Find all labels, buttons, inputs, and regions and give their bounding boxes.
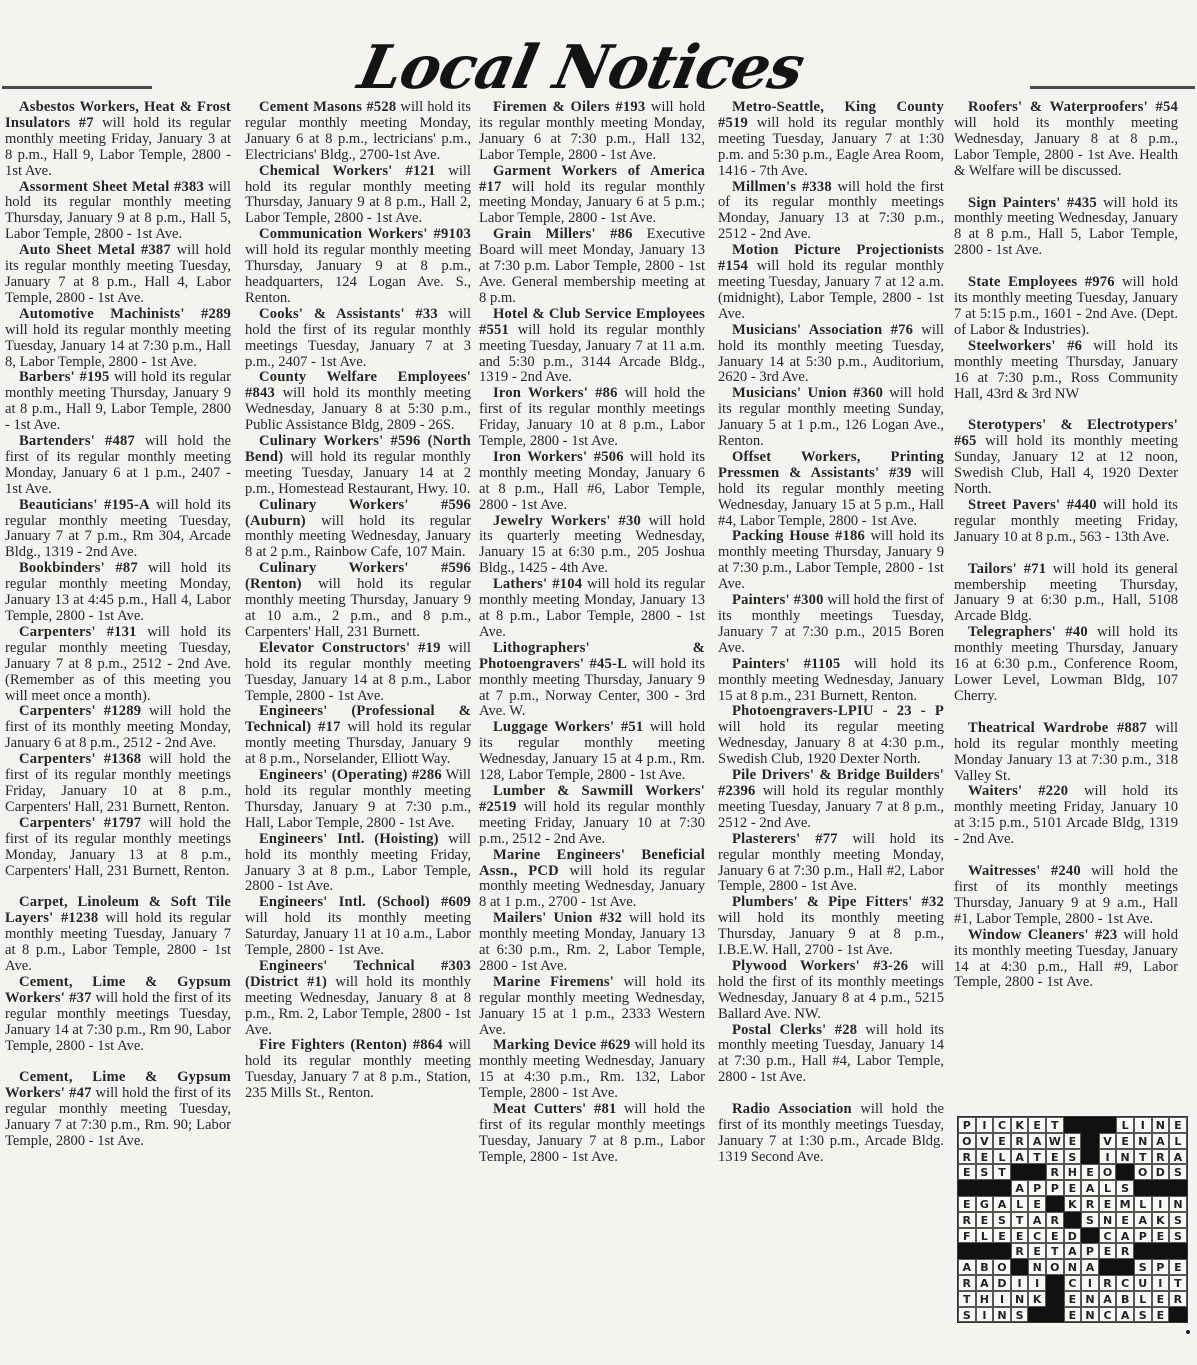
notice-details: will hold its monthly meeting Wednesday,… [245, 385, 471, 433]
crossword-black-square [1169, 1243, 1187, 1259]
notice-item: Carpenters' #1368 will hold the first of… [5, 752, 231, 816]
crossword-letter-cell: N [1011, 1291, 1029, 1307]
crossword-letter-cell: S [1116, 1180, 1134, 1196]
crossword-letter-cell: N [1064, 1259, 1082, 1275]
notice-item: Automotive Machinists' #289 will hold it… [5, 307, 231, 371]
notice-organization: State Employees #976 [968, 274, 1115, 290]
crossword-black-square [1011, 1164, 1029, 1180]
crossword-black-square [1099, 1117, 1117, 1133]
crossword-letter-cell: N [1152, 1117, 1170, 1133]
notice-organization: Carpenters' #131 [19, 624, 137, 640]
notice-item: Sign Painters' #435 will hold its monthl… [954, 196, 1178, 260]
notice-item: Packing House #186 will hold its monthly… [718, 529, 944, 593]
crossword-black-square [1134, 1243, 1152, 1259]
crossword-letter-cell: L [1134, 1196, 1152, 1212]
crossword-letter-cell: C [1116, 1275, 1134, 1291]
notice-organization: Cooks' & Assistants' #33 [259, 306, 438, 322]
notice-item: Telegraphers' #40 will hold its monthly … [954, 625, 1178, 705]
crossword-black-square [976, 1243, 994, 1259]
crossword-letter-cell: L [1116, 1117, 1134, 1133]
crossword-letter-cell: H [976, 1291, 994, 1307]
notice-details: will hold its regular monthly meeting Tu… [479, 322, 705, 386]
crossword-letter-cell: N [1081, 1307, 1099, 1323]
crossword-black-square [1046, 1196, 1064, 1212]
notice-item: Firemen & Oilers #193 will hold its regu… [479, 100, 705, 164]
crossword-letter-cell: R [1046, 1164, 1064, 1180]
crossword-letter-cell: P [1134, 1228, 1152, 1244]
crossword-letter-cell: C [993, 1117, 1011, 1133]
notice-item: Tailors' #71 will hold its general membe… [954, 562, 1178, 626]
crossword-letter-cell: I [1081, 1275, 1099, 1291]
notice-organization: Postal Clerks' #28 [732, 1022, 857, 1038]
crossword-letter-cell: R [958, 1275, 976, 1291]
column-3: Firemen & Oilers #193 will hold its regu… [479, 100, 705, 1166]
notice-item: Barbers' #195 will hold its regular mont… [5, 370, 231, 434]
crossword-letter-cell: L [993, 1149, 1011, 1165]
notice-item: County Welfare Employees' #843 will hold… [245, 370, 471, 434]
notice-organization: Luggage Workers' #51 [493, 719, 643, 735]
notice-organization: Marine Firemens' [493, 974, 614, 990]
crossword-letter-cell: E [958, 1164, 976, 1180]
notice-organization: Waitresses' #240 [968, 863, 1081, 879]
notice-item: Lumber & Sawmill Workers' #2519 will hol… [479, 784, 705, 848]
notice-organization: Painters' #300 [732, 592, 824, 608]
crossword-letter-cell: A [1099, 1291, 1117, 1307]
notice-organization: Beauticians' #195-A [19, 497, 150, 513]
notice-organization: Street Pavers' #440 [968, 497, 1097, 513]
notice-organization: Iron Workers' #86 [493, 385, 618, 401]
crossword-letter-cell: A [1116, 1228, 1134, 1244]
crossword-letter-cell: R [1099, 1275, 1117, 1291]
crossword-letter-cell: C [1064, 1275, 1082, 1291]
notice-organization: Carpenters' #1368 [19, 751, 141, 767]
header-rule-left [2, 86, 152, 89]
crossword-letter-cell: P [958, 1117, 976, 1133]
notice-item: Bookbinders' #87 will hold its regular m… [5, 561, 231, 625]
crossword-letter-cell: E [1064, 1291, 1082, 1307]
crossword-black-square [1169, 1180, 1187, 1196]
crossword-letter-cell: N [1028, 1259, 1046, 1275]
crossword-letter-cell: I [976, 1307, 994, 1323]
crossword-letter-cell: P [1046, 1180, 1064, 1196]
notice-organization: Engineers' Intl. (School) #609 [259, 894, 471, 910]
notice-item: Fire Fighters (Renton) #864 will hold it… [245, 1038, 471, 1102]
crossword-letter-cell: A [1116, 1307, 1134, 1323]
notice-organization: Tailors' #71 [968, 561, 1046, 577]
crossword-black-square [1169, 1307, 1187, 1323]
notice-item: Plywood Workers' #3-26 will hold the fir… [718, 959, 944, 1023]
notice-item: Carpet, Linoleum & Soft Tile Layers' #12… [5, 895, 231, 975]
crossword-letter-cell: K [1028, 1291, 1046, 1307]
crossword-letter-cell: S [1169, 1212, 1187, 1228]
notice-details: will hold its monthly meeting Thursday, … [718, 910, 944, 958]
notice-organization: Plasterers' #77 [732, 831, 838, 847]
newspaper-page: Local Notices Asbestos Workers, Heat & F… [0, 0, 1197, 1365]
crossword-black-square [1116, 1164, 1134, 1180]
notice-organization: Meat Cutters' #81 [493, 1101, 616, 1117]
crossword-letter-cell: C [1099, 1228, 1117, 1244]
notice-item: Cement, Lime & Gypsum Workers' #37 will … [5, 975, 231, 1055]
notice-organization: Roofers' & Waterproofers' #54 [968, 99, 1178, 115]
crossword-letter-cell: E [1099, 1196, 1117, 1212]
crossword-letter-cell: E [976, 1212, 994, 1228]
notice-item: Engineers' Intl. (School) #609 will hold… [245, 895, 471, 959]
notice-item: Jewelry Workers' #30 will hold its quart… [479, 514, 705, 578]
crossword-letter-cell: U [1134, 1275, 1152, 1291]
crossword-black-square [993, 1180, 1011, 1196]
notice-organization: Plywood Workers' #3-26 [732, 958, 908, 974]
notice-organization: Radio Association [732, 1101, 852, 1117]
crossword-black-square [1064, 1212, 1082, 1228]
crossword-letter-cell: D [993, 1275, 1011, 1291]
crossword-letter-cell: T [1134, 1149, 1152, 1165]
crossword-black-square [993, 1243, 1011, 1259]
crossword-letter-cell: N [1081, 1291, 1099, 1307]
crossword-letter-cell: T [1028, 1149, 1046, 1165]
notice-organization: Automotive Machinists' #289 [19, 306, 231, 322]
notice-item: Street Pavers' #440 will hold its regula… [954, 498, 1178, 546]
crossword-letter-cell: I [1134, 1117, 1152, 1133]
notice-details: will hold its regular meeting Wednesday,… [718, 719, 944, 767]
notice-item: Chemical Workers' #121 will hold its reg… [245, 164, 471, 228]
crossword-letter-cell: E [1116, 1212, 1134, 1228]
crossword-black-square [958, 1180, 976, 1196]
notice-item: Culinary Workers' #596 (Renton) will hol… [245, 561, 471, 641]
crossword-letter-cell: R [1169, 1291, 1187, 1307]
crossword-letter-cell: S [958, 1307, 976, 1323]
notice-organization: Fire Fighters (Renton) #864 [259, 1037, 443, 1053]
crossword-letter-cell: A [1169, 1149, 1187, 1165]
notice-item: Steelworkers' #6 will hold its monthly m… [954, 339, 1178, 403]
crossword-letter-cell: S [1169, 1228, 1187, 1244]
crossword-letter-cell: I [1099, 1149, 1117, 1165]
notice-item: Asbestos Workers, Heat & Frost Insulator… [5, 100, 231, 180]
crossword-letter-cell: E [1028, 1117, 1046, 1133]
crossword-black-square [1099, 1259, 1117, 1275]
crossword-letter-cell: S [1134, 1307, 1152, 1323]
notice-item: Mailers' Union #32 will hold its monthly… [479, 911, 705, 975]
crossword-letter-cell: E [1046, 1228, 1064, 1244]
crossword-black-square [1081, 1149, 1099, 1165]
crossword-letter-cell: L [1169, 1133, 1187, 1149]
crossword-black-square [1064, 1117, 1082, 1133]
crossword-letter-cell: I [1011, 1275, 1029, 1291]
notice-organization: Barbers' #195 [19, 369, 110, 385]
notice-organization: Jewelry Workers' #30 [493, 513, 641, 529]
crossword-letter-cell: R [1046, 1212, 1064, 1228]
notice-item: Painters' #300 will hold the first of it… [718, 593, 944, 657]
column-5: Roofers' & Waterproofers' #54 will hold … [954, 100, 1178, 991]
notice-organization: Assorment Sheet Metal #383 [19, 179, 204, 195]
notice-item: Grain Millers' #86 Executive Board will … [479, 227, 705, 307]
crossword-letter-cell: K [1011, 1117, 1029, 1133]
notice-item: Engineers' Technical #303 (District #1) … [245, 959, 471, 1039]
notice-item: Waiters' #220 will hold its monthly meet… [954, 784, 1178, 848]
notice-item: Carpenters' #1289 will hold the first of… [5, 704, 231, 752]
crossword-letter-cell: I [976, 1117, 994, 1133]
notice-item: State Employees #976 will hold its month… [954, 275, 1178, 339]
notice-organization: Telegraphers' #40 [968, 624, 1088, 640]
notice-item: Cement, Lime & Gypsum Workers' #47 will … [5, 1070, 231, 1150]
notice-organization: Photoengravers-LPIU - 23 - P [732, 703, 944, 719]
crossword-letter-cell: I [1028, 1275, 1046, 1291]
notice-item: Marine Firemens' will hold its regular m… [479, 975, 705, 1039]
notice-details: will hold its monthly meeting Sunday, Ja… [954, 433, 1178, 497]
notice-organization: Communication Workers' #9103 [259, 226, 471, 242]
crossword-letter-cell: E [1169, 1259, 1187, 1275]
notice-item: Engineers' (Professional & Technical) #1… [245, 704, 471, 768]
crossword-letter-cell: E [993, 1133, 1011, 1149]
crossword-letter-cell: S [1011, 1307, 1029, 1323]
crossword-letter-cell: C [1099, 1307, 1117, 1323]
crossword-letter-cell: D [1064, 1228, 1082, 1244]
notice-organization: Marking Device #629 [493, 1037, 630, 1053]
crossword-letter-cell: S [1064, 1149, 1082, 1165]
notice-item: Metro-Seattle, King County #519 will hol… [718, 100, 944, 180]
notice-item: Marking Device #629 will hold its monthl… [479, 1038, 705, 1102]
crossword-letter-cell: O [993, 1259, 1011, 1275]
notice-details: will hold its regular monthly meeting Tu… [5, 322, 231, 370]
crossword-letter-cell: L [1011, 1196, 1029, 1212]
notice-item: Culinary Workers' #596 (Auburn) will hol… [245, 498, 471, 562]
crossword-letter-cell: V [1099, 1133, 1117, 1149]
crossword-black-square [976, 1180, 994, 1196]
crossword-black-square [1081, 1133, 1099, 1149]
notice-organization: Bookbinders' #87 [19, 560, 138, 576]
notice-details: will hold its monthly meeting Saturday, … [245, 910, 471, 958]
crossword-letter-cell: T [1046, 1243, 1064, 1259]
crossword-letter-cell: E [976, 1149, 994, 1165]
crossword-letter-cell: R [1081, 1196, 1099, 1212]
crossword-letter-cell: R [958, 1212, 976, 1228]
crossword-letter-cell: O [1134, 1164, 1152, 1180]
notice-item: Carpenters' #131 will hold its regular m… [5, 625, 231, 705]
notice-organization: Sign Painters' #435 [968, 195, 1097, 211]
crossword-letter-cell: W [1046, 1133, 1064, 1149]
crossword-letter-cell: A [976, 1275, 994, 1291]
crossword-black-square [1046, 1275, 1064, 1291]
crossword-letter-cell: N [1099, 1212, 1117, 1228]
crossword-black-square [1011, 1259, 1029, 1275]
crossword-letter-cell: E [1116, 1133, 1134, 1149]
crossword-black-square [1081, 1228, 1099, 1244]
printer-dot [1186, 1330, 1190, 1334]
notice-item: Radio Association will hold the first of… [718, 1102, 944, 1166]
notice-item: Meat Cutters' #81 will hold the first of… [479, 1102, 705, 1166]
crossword-letter-cell: E [1028, 1196, 1046, 1212]
notice-organization: Offset Workers, Printing Pressmen & Assi… [718, 449, 944, 481]
crossword-black-square [1028, 1164, 1046, 1180]
crossword-letter-cell: E [1064, 1307, 1082, 1323]
crossword-letter-cell: E [1152, 1307, 1170, 1323]
notice-organization: Auto Sheet Metal #387 [19, 242, 171, 258]
crossword-puzzle-solution: PICKETLINEOVERAWEVENALRELATESINTRAESTRHE… [957, 1116, 1188, 1323]
crossword-letter-cell: O [958, 1133, 976, 1149]
column-4: Metro-Seattle, King County #519 will hol… [718, 100, 944, 1166]
notice-organization: Packing House #186 [732, 528, 865, 544]
crossword-letter-cell: K [1152, 1212, 1170, 1228]
notice-organization: Musicians' Association #76 [732, 322, 913, 338]
crossword-black-square [1152, 1243, 1170, 1259]
crossword-letter-cell: E [993, 1228, 1011, 1244]
notice-organization: Plumbers' & Pipe Fitters' #32 [732, 894, 944, 910]
notice-item: Luggage Workers' #51 will hold its regul… [479, 720, 705, 784]
notice-organization: Mailers' Union #32 [493, 910, 622, 926]
crossword-letter-cell: A [1081, 1180, 1099, 1196]
crossword-black-square [1152, 1180, 1170, 1196]
notice-details: will hold its regular monthly meeting Tu… [718, 258, 944, 322]
notice-organization: Waiters' #220 [968, 783, 1068, 799]
crossword-letter-cell: A [1152, 1133, 1170, 1149]
crossword-letter-cell: L [1099, 1180, 1117, 1196]
crossword-black-square [1046, 1307, 1064, 1323]
crossword-letter-cell: O [1046, 1259, 1064, 1275]
notice-item: Marine Engineers' Beneficial Assn., PCD … [479, 848, 705, 912]
masthead: Local Notices [0, 20, 1197, 110]
notice-organization: Lathers' #104 [493, 576, 582, 592]
crossword-letter-cell: E [1046, 1149, 1064, 1165]
crossword-letter-cell: H [1064, 1164, 1082, 1180]
crossword-letter-cell: T [1011, 1212, 1029, 1228]
notice-item: Musicians' Association #76 will hold its… [718, 323, 944, 387]
crossword-letter-cell: S [1134, 1259, 1152, 1275]
crossword-letter-cell: D [1152, 1164, 1170, 1180]
notice-item: Lithographers' & Photoengravers' #45-L w… [479, 641, 705, 721]
crossword-letter-cell: E [1152, 1291, 1170, 1307]
notice-item: Engineers' (Operating) #286 Will hold it… [245, 768, 471, 832]
notice-item: Painters' #1105 will hold its monthly me… [718, 657, 944, 705]
crossword-letter-cell: E [1064, 1133, 1082, 1149]
notice-item: Plumbers' & Pipe Fitters' #32 will hold … [718, 895, 944, 959]
notice-details: will hold its regular monthly meeting Tu… [718, 115, 944, 179]
crossword-letter-cell: B [976, 1259, 994, 1275]
notice-organization: Cement Masons #528 [259, 99, 396, 115]
notice-organization: Musicians' Union #360 [732, 385, 883, 401]
notice-organization: Engineers' Intl. (Hoisting) [259, 831, 439, 847]
notice-organization: Firemen & Oilers #193 [493, 99, 645, 115]
crossword-letter-cell: S [993, 1212, 1011, 1228]
notice-item: Motion Picture Projectionists #154 will … [718, 243, 944, 323]
notice-item: Window Cleaners' #23 will hold its month… [954, 928, 1178, 992]
crossword-letter-cell: E [1064, 1180, 1082, 1196]
crossword-letter-cell: A [1011, 1180, 1029, 1196]
crossword-letter-cell: S [976, 1164, 994, 1180]
notice-organization: Carpenters' #1797 [19, 815, 141, 831]
crossword-letter-cell: R [1152, 1149, 1170, 1165]
notice-item: Assorment Sheet Metal #383 will hold its… [5, 180, 231, 244]
crossword-black-square [1081, 1117, 1099, 1133]
crossword-letter-cell: V [976, 1133, 994, 1149]
crossword-letter-cell: N [993, 1307, 1011, 1323]
notice-item: Cement Masons #528 will hold its regular… [245, 100, 471, 164]
crossword-letter-cell: S [1081, 1212, 1099, 1228]
crossword-black-square [958, 1243, 976, 1259]
crossword-letter-cell: F [958, 1228, 976, 1244]
notice-organization: Grain Millers' #86 [493, 226, 633, 242]
column-2: Cement Masons #528 will hold its regular… [245, 100, 471, 1102]
crossword-letter-cell: S [1169, 1164, 1187, 1180]
crossword-letter-cell: A [1028, 1133, 1046, 1149]
notice-item: Offset Workers, Printing Pressmen & Assi… [718, 450, 944, 530]
crossword-letter-cell: A [993, 1196, 1011, 1212]
crossword-letter-cell: K [1064, 1196, 1082, 1212]
notice-item: Communication Workers' #9103 will hold i… [245, 227, 471, 307]
crossword-letter-cell: R [1116, 1243, 1134, 1259]
crossword-letter-cell: R [1011, 1243, 1029, 1259]
notice-item: Bartenders' #487 will hold the first of … [5, 434, 231, 498]
notice-organization: Iron Workers' #506 [493, 449, 624, 465]
crossword-letter-cell: E [1028, 1243, 1046, 1259]
notice-organization: Bartenders' #487 [19, 433, 135, 449]
crossword-letter-cell: N [1134, 1133, 1152, 1149]
notice-item: Iron Workers' #86 will hold the first of… [479, 386, 705, 450]
crossword-letter-cell: T [1169, 1275, 1187, 1291]
notice-item: Theatrical Wardrobe #887 will hold its r… [954, 721, 1178, 785]
notice-organization: Elevator Constructors' #19 [259, 640, 441, 656]
crossword-letter-cell: G [976, 1196, 994, 1212]
crossword-letter-cell: P [1028, 1180, 1046, 1196]
crossword-letter-cell: A [1081, 1259, 1099, 1275]
crossword-letter-cell: E [1152, 1228, 1170, 1244]
crossword-letter-cell: N [1169, 1196, 1187, 1212]
notice-item: Waitresses' #240 will hold the first of … [954, 864, 1178, 928]
crossword-letter-cell: E [1011, 1228, 1029, 1244]
crossword-letter-cell: R [1011, 1133, 1029, 1149]
crossword-letter-cell: A [1134, 1212, 1152, 1228]
column-1: Asbestos Workers, Heat & Frost Insulator… [5, 100, 231, 1150]
crossword-letter-cell: P [1081, 1243, 1099, 1259]
notice-item: Engineers' Intl. (Hoisting) will hold it… [245, 832, 471, 896]
notice-organization: Millmen's #338 [732, 179, 832, 195]
crossword-letter-cell: T [1046, 1117, 1064, 1133]
notice-item: Photoengravers-LPIU - 23 - P will hold i… [718, 704, 944, 768]
notice-item: Cooks' & Assistants' #33 will hold the f… [245, 307, 471, 371]
notice-item: Beauticians' #195-A will hold its regula… [5, 498, 231, 562]
crossword-black-square [1028, 1307, 1046, 1323]
crossword-letter-cell: C [1028, 1228, 1046, 1244]
notice-organization: Steelworkers' #6 [968, 338, 1082, 354]
notice-item: Elevator Constructors' #19 will hold its… [245, 641, 471, 705]
notice-organization: Painters' #1105 [732, 656, 840, 672]
notice-item: Plasterers' #77 will hold its regular mo… [718, 832, 944, 896]
crossword-letter-cell: I [1152, 1196, 1170, 1212]
notice-organization: Theatrical Wardrobe #887 [968, 720, 1147, 736]
crossword-letter-cell: P [1152, 1259, 1170, 1275]
crossword-letter-cell: R [958, 1149, 976, 1165]
crossword-letter-cell: T [958, 1291, 976, 1307]
crossword-letter-cell: M [1116, 1196, 1134, 1212]
notice-item: Iron Workers' #506 will hold its monthly… [479, 450, 705, 514]
crossword-letter-cell: A [1028, 1212, 1046, 1228]
crossword-letter-cell: E [1169, 1117, 1187, 1133]
crossword-letter-cell: A [1011, 1149, 1029, 1165]
notice-item: Culinary Workers' #596 (North Bend) will… [245, 434, 471, 498]
notice-organization: Engineers' (Operating) #286 [259, 767, 442, 783]
crossword-letter-cell: L [1134, 1291, 1152, 1307]
crossword-letter-cell: A [1064, 1243, 1082, 1259]
notice-organization: Chemical Workers' #121 [259, 163, 435, 179]
notice-item: Roofers' & Waterproofers' #54 will hold … [954, 100, 1178, 180]
notice-organization: Carpenters' #1289 [19, 703, 141, 719]
crossword-letter-cell: N [1116, 1149, 1134, 1165]
notice-item: Sterotypers' & Electrotypers' #65 will h… [954, 418, 1178, 498]
notice-item: Garment Workers of America #17 will hold… [479, 164, 705, 228]
crossword-letter-cell: B [1116, 1291, 1134, 1307]
notice-item: Hotel & Club Service Employees #551 will… [479, 307, 705, 387]
crossword-letter-cell: E [958, 1196, 976, 1212]
notice-details: will hold its regular monthly meeting Mo… [479, 179, 705, 227]
crossword-letter-cell: I [1152, 1275, 1170, 1291]
